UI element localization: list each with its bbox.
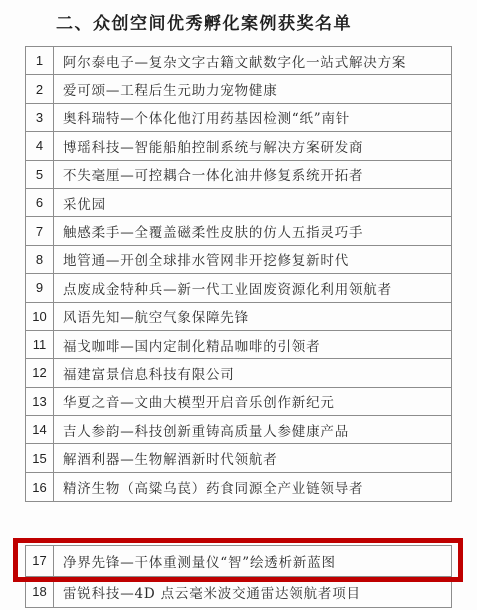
table-row: 16精济生物（高粱乌苠）药食同源全产业链领导者 xyxy=(26,473,451,501)
row-project-name: 精济生物（高粱乌苠）药食同源全产业链领导者 xyxy=(54,473,451,501)
row-number: 9 xyxy=(26,274,54,301)
row-number: 17 xyxy=(26,546,54,576)
row-number: 10 xyxy=(26,303,54,330)
row-number: 11 xyxy=(26,331,54,358)
table-row: 8地管通—开创全球排水管网非开挖修复新时代 xyxy=(26,246,451,274)
row-project-name: 风语先知—航空气象保障先锋 xyxy=(54,303,451,330)
row-number: 2 xyxy=(26,75,54,102)
table-row: 13华夏之音—文曲大模型开启音乐创作新纪元 xyxy=(26,388,451,416)
table-row: 18雷锐科技—4D 点云毫米波交通雷达领航者项目 xyxy=(26,577,451,608)
table-row: 14吉人参韵—科技创新重铸高质量人参健康产品 xyxy=(26,416,451,444)
table-row: 5不失毫厘—可控耦合一体化油井修复系统开拓者 xyxy=(26,161,451,189)
row-project-name: 净界先锋—干体重测量仪“智”绘透析新蓝图 xyxy=(54,546,451,576)
row-number: 14 xyxy=(26,416,54,443)
row-number: 8 xyxy=(26,246,54,273)
table-row: 6采优园 xyxy=(26,189,451,217)
row-number: 4 xyxy=(26,132,54,159)
table-row: 11福戈咖啡—国内定制化精品咖啡的引领者 xyxy=(26,331,451,359)
row-number: 7 xyxy=(26,217,54,244)
row-project-name: 奥科瑞特—个体化他汀用药基因检测“纸”南针 xyxy=(54,104,451,131)
table-row: 12福建富景信息科技有限公司 xyxy=(26,359,451,387)
table-row: 15解酒利器—生物解酒新时代领航者 xyxy=(26,444,451,472)
row-number: 15 xyxy=(26,444,54,471)
table-row: 1阿尔泰电子—复杂文字古籍文献数字化一站式解决方案 xyxy=(26,47,451,75)
row-project-name: 爱可颂—工程后生元助力宠物健康 xyxy=(54,75,451,102)
row-project-name: 解酒利器—生物解酒新时代领航者 xyxy=(54,444,451,471)
row-number: 5 xyxy=(26,161,54,188)
row-number: 16 xyxy=(26,473,54,501)
table-row: 3奥科瑞特—个体化他汀用药基因检测“纸”南针 xyxy=(26,104,451,132)
table-row: 10风语先知—航空气象保障先锋 xyxy=(26,303,451,331)
table-row: 7触感柔手—全覆盖磁柔性皮肤的仿人五指灵巧手 xyxy=(26,217,451,245)
document-page: 二、众创空间优秀孵化案例获奖名单 1阿尔泰电子—复杂文字古籍文献数字化一站式解决… xyxy=(0,0,477,610)
row-number: 3 xyxy=(26,104,54,131)
row-project-name: 吉人参韵—科技创新重铸高质量人参健康产品 xyxy=(54,416,451,443)
table-row: 9点废成金特种兵—新一代工业固废资源化利用领航者 xyxy=(26,274,451,302)
row-project-name: 雷锐科技—4D 点云毫米波交通雷达领航者项目 xyxy=(54,577,451,608)
row-project-name: 地管通—开创全球排水管网非开挖修复新时代 xyxy=(54,246,451,273)
row-project-name: 博瑶科技—智能船舶控制系统与解决方案研发商 xyxy=(54,132,451,159)
table-row: 4博瑶科技—智能船舶控制系统与解决方案研发商 xyxy=(26,132,451,160)
row-project-name: 采优园 xyxy=(54,189,451,216)
row-project-name: 华夏之音—文曲大模型开启音乐创作新纪元 xyxy=(54,388,451,415)
award-table-section-1: 1阿尔泰电子—复杂文字古籍文献数字化一站式解决方案2爱可颂—工程后生元助力宠物健… xyxy=(25,46,452,502)
table-row: 2爱可颂—工程后生元助力宠物健康 xyxy=(26,75,451,103)
row-number: 12 xyxy=(26,359,54,386)
page-title: 二、众创空间优秀孵化案例获奖名单 xyxy=(56,9,352,34)
row-number: 18 xyxy=(26,577,54,608)
row-project-name: 福戈咖啡—国内定制化精品咖啡的引领者 xyxy=(54,331,451,358)
row-number: 13 xyxy=(26,388,54,415)
row-project-name: 点废成金特种兵—新一代工业固废资源化利用领航者 xyxy=(54,274,451,301)
row-project-name: 触感柔手—全覆盖磁柔性皮肤的仿人五指灵巧手 xyxy=(54,217,451,244)
row-project-name: 福建富景信息科技有限公司 xyxy=(54,359,451,386)
row-project-name: 阿尔泰电子—复杂文字古籍文献数字化一站式解决方案 xyxy=(54,47,451,74)
row-number: 6 xyxy=(26,189,54,216)
row-number: 1 xyxy=(26,47,54,74)
row-project-name: 不失毫厘—可控耦合一体化油井修复系统开拓者 xyxy=(54,161,451,188)
table-row-highlighted: 17净界先锋—干体重测量仪“智”绘透析新蓝图 xyxy=(26,546,451,577)
award-table-section-2: 17净界先锋—干体重测量仪“智”绘透析新蓝图18雷锐科技—4D 点云毫米波交通雷… xyxy=(25,545,452,608)
